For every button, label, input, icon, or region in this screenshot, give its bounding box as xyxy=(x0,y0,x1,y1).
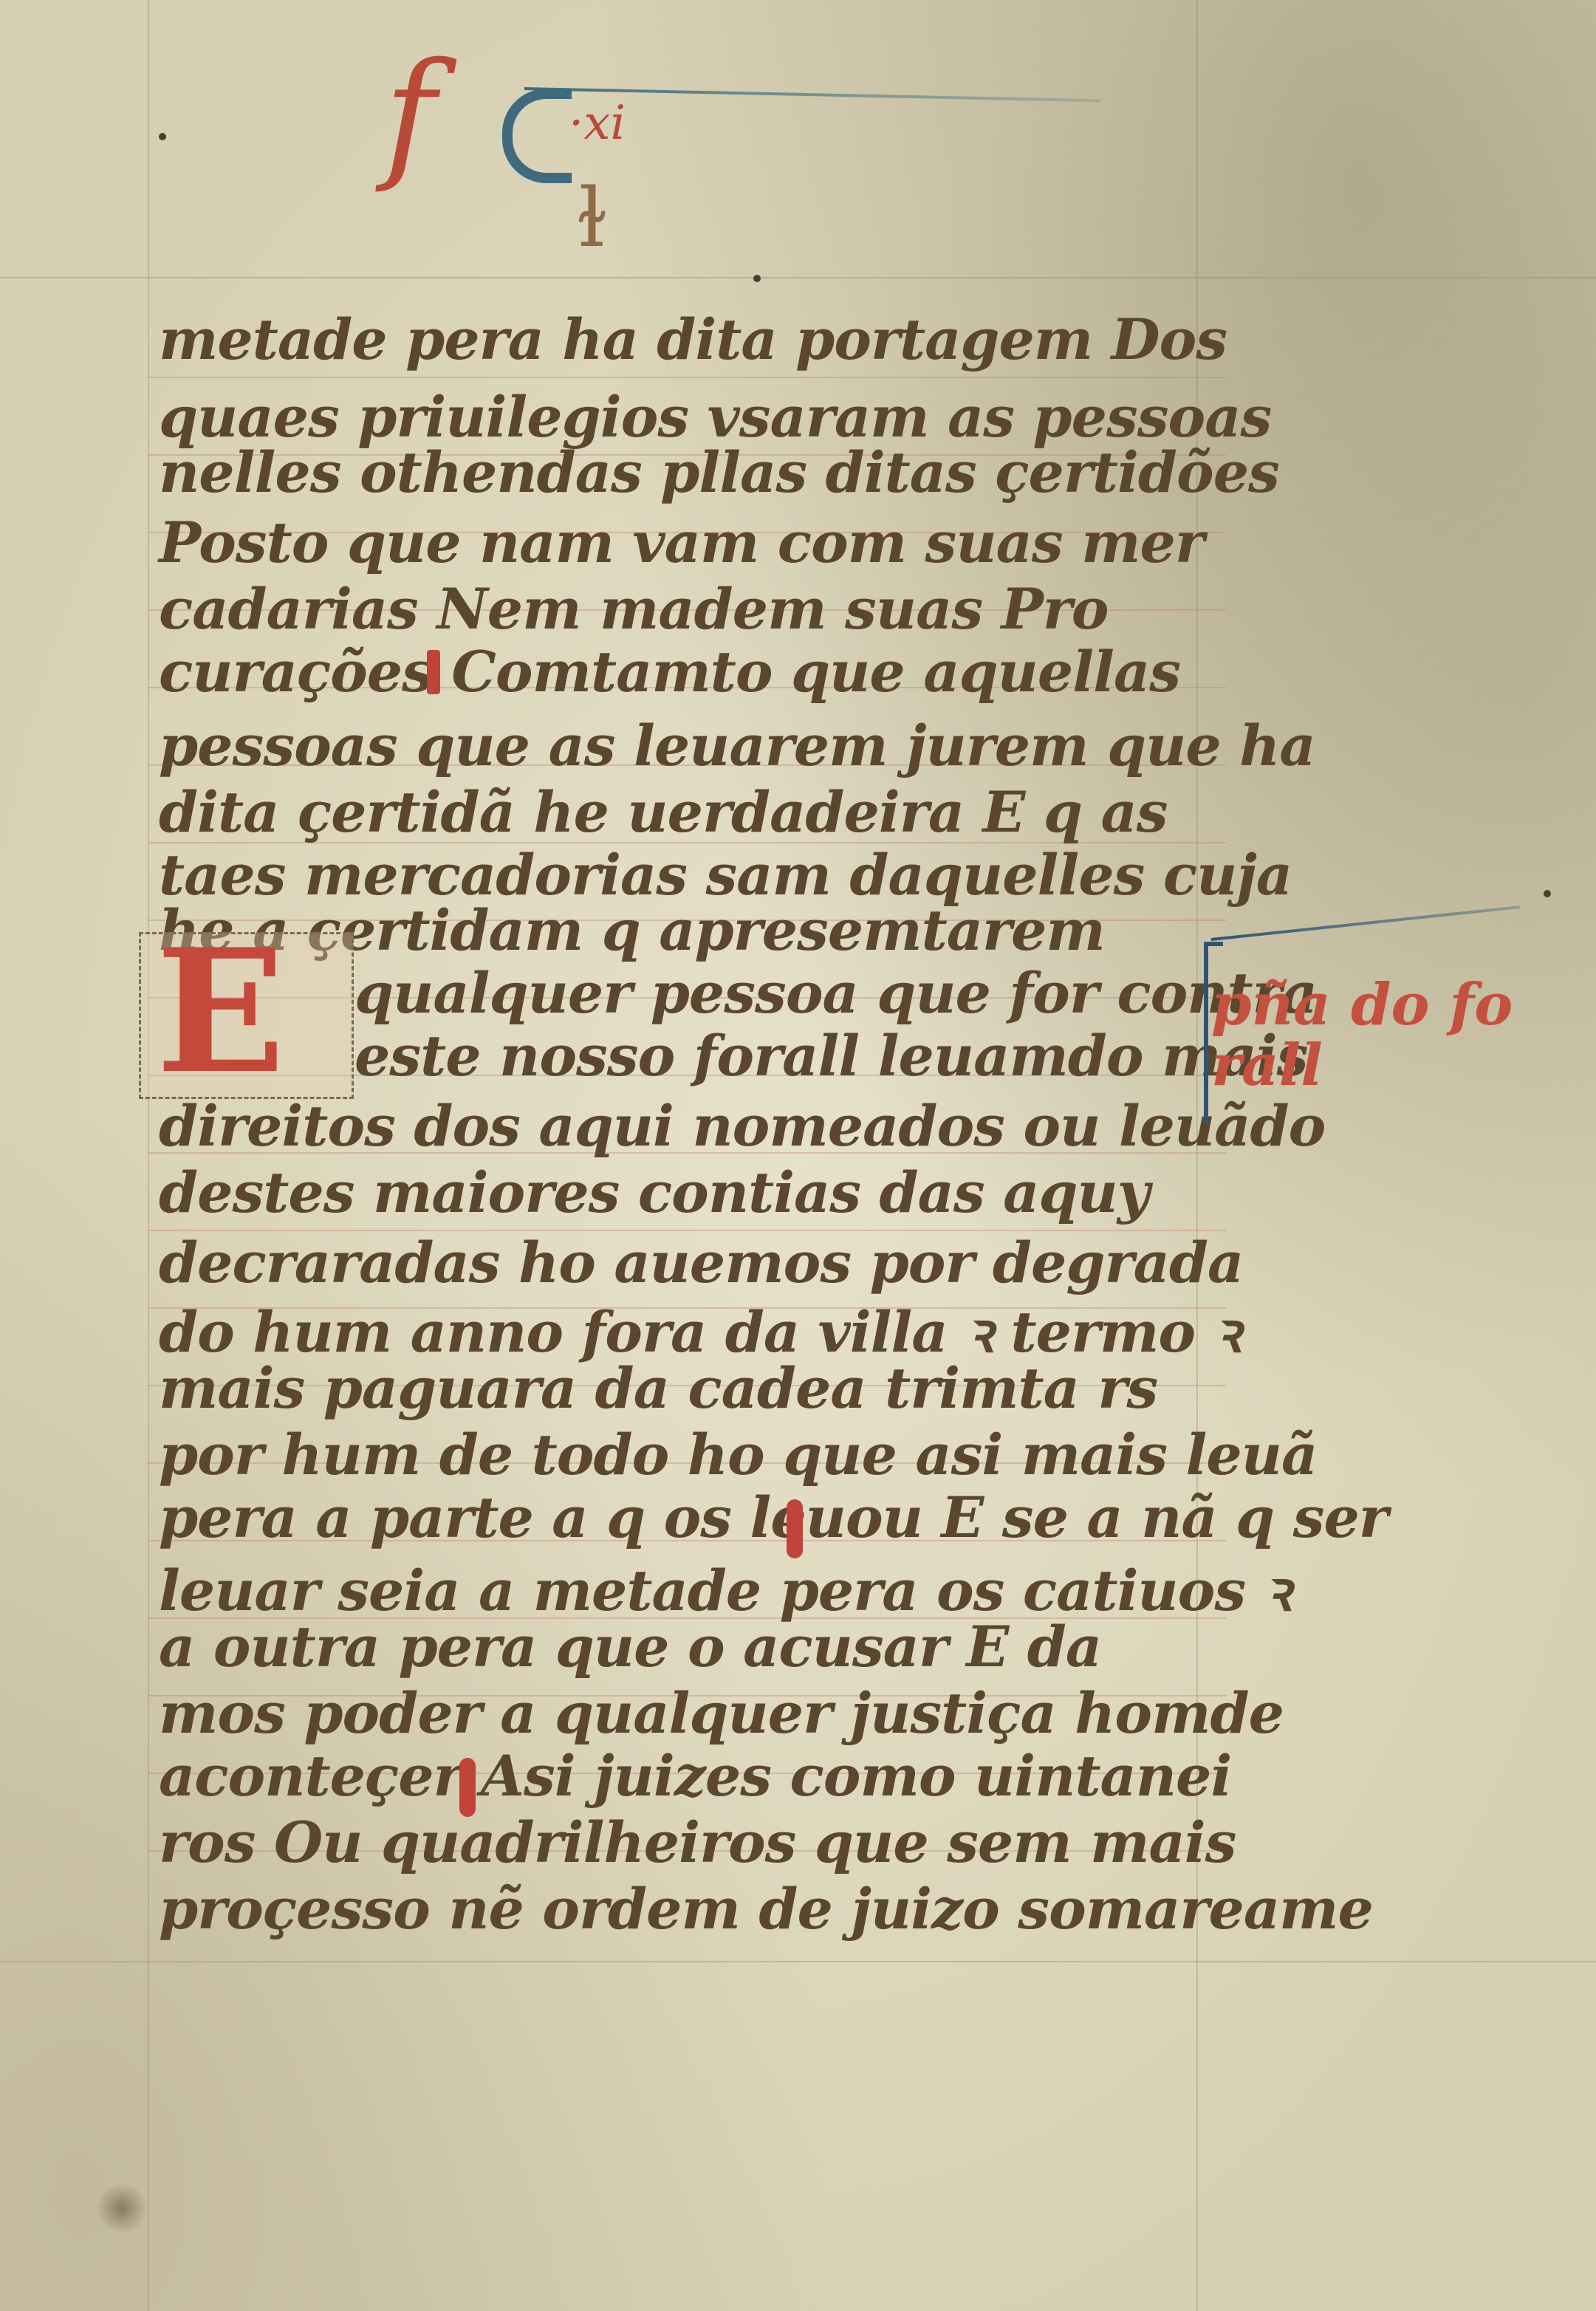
text-line: mos poder a qualquer justiça homde xyxy=(159,1680,1284,1746)
text-line: decraradas ho auemos por degrada xyxy=(159,1230,1243,1295)
folio-number: ·xi xyxy=(569,96,626,151)
top-ruling xyxy=(0,277,1596,278)
text-line: qualquer pessoa que for contra xyxy=(355,960,1317,1026)
folio-header: f ·xi xyxy=(384,44,753,192)
ink-dot xyxy=(159,133,166,140)
paragraph-mark-icon: ɫ xyxy=(576,177,607,259)
rubric-stroke xyxy=(427,650,440,694)
initial-letter-e: E xyxy=(156,927,285,1097)
text-line: a outra pera que o acusar E da xyxy=(159,1614,1101,1680)
decorated-initial: E xyxy=(139,932,354,1099)
margin-note: pña do fo rall xyxy=(1211,975,1513,1096)
text-line: nelles othendas pllas ditas çertidões xyxy=(159,439,1279,505)
text-line: metade pera ha dita portagem Dos xyxy=(159,307,1227,372)
margin-note-line: pña do fo xyxy=(1211,975,1513,1035)
text-line: pera a parte a q os leuou E se a nã q se… xyxy=(159,1485,1388,1550)
text-line: por hum de todo ho que asi mais leuã xyxy=(159,1422,1317,1487)
margin-note-line: rall xyxy=(1211,1035,1513,1096)
text-line: curações Comtamto que aquellas xyxy=(159,639,1180,705)
text-line: proçesso nẽ ordem de juizo somareame xyxy=(159,1876,1373,1942)
text-line: destes maiores contias das aquy xyxy=(159,1160,1149,1225)
folio-prefix: f xyxy=(384,44,436,185)
text-line: este nosso forall leuamdo mais xyxy=(355,1023,1307,1089)
folio-c-flourish xyxy=(502,89,572,183)
text-line: dita çertidã he uerdadeira E q as xyxy=(159,779,1168,845)
text-ruling xyxy=(148,377,1226,378)
text-line: cadarias Nem madem suas Pro xyxy=(159,576,1108,642)
text-line: ros Ou quadrilheiros que sem mais xyxy=(159,1810,1236,1875)
text-line: pessoas que as leuarem jurem que ha xyxy=(159,713,1315,778)
manuscript-page: f ·xi ɫ metade pera ha dita portagem Dos… xyxy=(0,0,1596,2311)
rubric-stroke xyxy=(787,1499,803,1558)
ink-blot xyxy=(96,2182,148,2234)
bottom-ruling xyxy=(0,1961,1596,1962)
text-line: direitos dos aqui nomeados ou leuãdo xyxy=(159,1093,1325,1159)
text-line: aconteçer Asi juizes como uintanei xyxy=(159,1743,1231,1809)
rubric-stroke xyxy=(459,1758,476,1817)
text-line: mais paguara da cadea trimta rs xyxy=(159,1355,1157,1421)
blue-flourish-line xyxy=(1211,905,1520,941)
ink-dot xyxy=(753,275,761,282)
ink-dot xyxy=(1544,890,1551,897)
text-line: Posto que nam vam com suas mer xyxy=(159,510,1204,575)
margin-ruling xyxy=(148,0,149,2311)
